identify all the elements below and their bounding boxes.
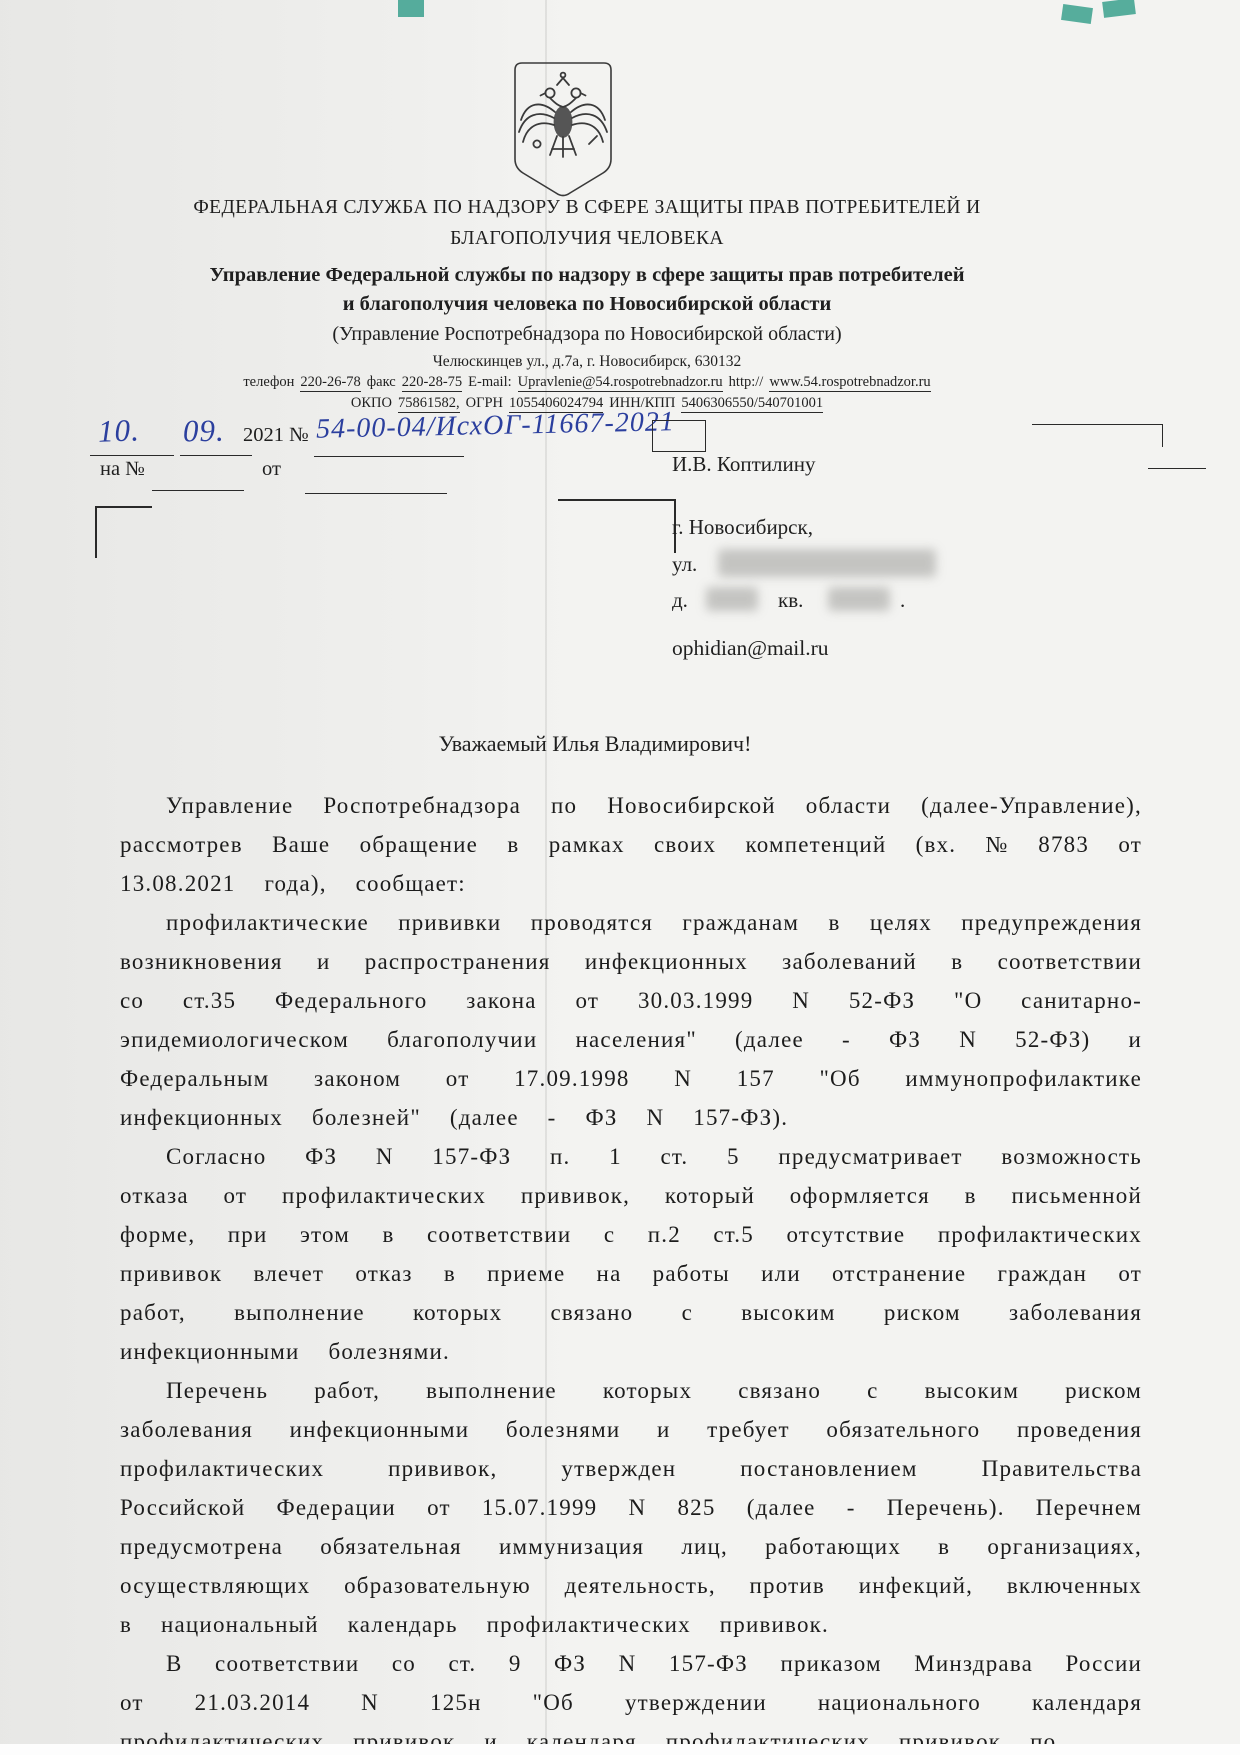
- agency-name: ФЕДЕРАЛЬНАЯ СЛУЖБА ПО НАДЗОРУ В СФЕРЕ ЗА…: [112, 192, 1062, 254]
- handwritten-day: 10.: [97, 412, 140, 449]
- scan-artifact-mark: [398, 0, 424, 17]
- addressee-city: г. Новосибирск,: [672, 515, 813, 540]
- phone-label: телефон: [243, 374, 294, 390]
- contact-line: телефон220-26-78факс220-28-75E-mail:Upra…: [112, 373, 1062, 392]
- redacted-street: [718, 549, 936, 577]
- addressee-flat-label: кв.: [778, 588, 803, 613]
- email-address: Upravlenie@54.rospotrebnadzor.ru: [518, 374, 723, 392]
- scan-artifact-mark: [1102, 0, 1136, 18]
- body-paragraph: В соответствии со ст. 9 ФЗ N 157-ФЗ прик…: [120, 1644, 1142, 1755]
- fax-number: 220-28-75: [402, 374, 462, 392]
- addressee-name: И.В. Коптилину: [672, 452, 816, 477]
- handwritten-month: 09.: [183, 413, 225, 450]
- body-paragraph: Согласно ФЗ N 157-ФЗ п. 1 ст. 5 предусма…: [120, 1137, 1142, 1371]
- blank-line: [314, 456, 464, 457]
- scan-artifact-mark: [1061, 4, 1093, 24]
- body-paragraph: Управление Роспотребнадзора по Новосибир…: [120, 786, 1142, 903]
- department-name: Управление Федеральной службы по надзору…: [204, 261, 970, 319]
- coat-of-arms-eagle-icon: [510, 60, 616, 202]
- ogrn-label: ОГРН: [466, 395, 503, 411]
- fax-label: факс: [367, 374, 396, 390]
- email-label: E-mail:: [468, 374, 512, 390]
- blank-line: [152, 490, 244, 491]
- scan-edge: [0, 1744, 1240, 1755]
- redacted-flat-number: [828, 587, 890, 611]
- redacted-house-number: [706, 587, 758, 611]
- department-short-name: (Управление Роспотребнадзора по Новосиби…: [112, 321, 1062, 347]
- blank-line: [180, 455, 252, 456]
- corner-mark: [558, 499, 676, 553]
- okpo-label: ОКПО: [351, 395, 392, 411]
- salutation: Уважаемый Илья Владимирович!: [120, 731, 1142, 757]
- scanned-letter-page: ФЕДЕРАЛЬНАЯ СЛУЖБА ПО НАДЗОРУ В СФЕРЕ ЗА…: [0, 0, 1240, 1755]
- postal-address: Челюскинцев ул., д.7а, г. Новосибирск, 6…: [112, 352, 1062, 372]
- address-period: .: [900, 588, 905, 613]
- website-address: www.54.rospotrebnadzor.ru: [769, 374, 930, 392]
- blank-line: [1148, 468, 1206, 469]
- from-label: от: [262, 458, 281, 481]
- addressee-house-label: д.: [672, 588, 688, 613]
- innkpp-number: 5406306550/540701001: [681, 395, 823, 413]
- letterhead: ФЕДЕРАЛЬНАЯ СЛУЖБА ПО НАДЗОРУ В СФЕРЕ ЗА…: [112, 192, 1062, 413]
- body-paragraph: Перечень работ, выполнение которых связа…: [120, 1371, 1142, 1644]
- letter-body: Управление Роспотребнадзора по Новосибир…: [120, 786, 1142, 1755]
- blank-line: [305, 493, 447, 494]
- corner-mark: [95, 506, 152, 558]
- phone-number: 220-26-78: [300, 374, 360, 392]
- addressee-email: ophidian@mail.ru: [672, 636, 829, 661]
- handwritten-outgoing-number: 54-00-04/ИсхОГ-11667-2021: [316, 406, 675, 446]
- form-box: [652, 420, 706, 452]
- corner-mark: [1032, 424, 1163, 447]
- addressee-street-label: ул.: [672, 552, 697, 577]
- body-paragraph: профилактические прививки проводятся гра…: [120, 903, 1142, 1137]
- http-label: http://: [729, 374, 764, 390]
- blank-line: [90, 455, 174, 456]
- printed-year-and-number-sign: 2021 №: [243, 424, 309, 447]
- in-reply-to-label: на №: [100, 458, 145, 481]
